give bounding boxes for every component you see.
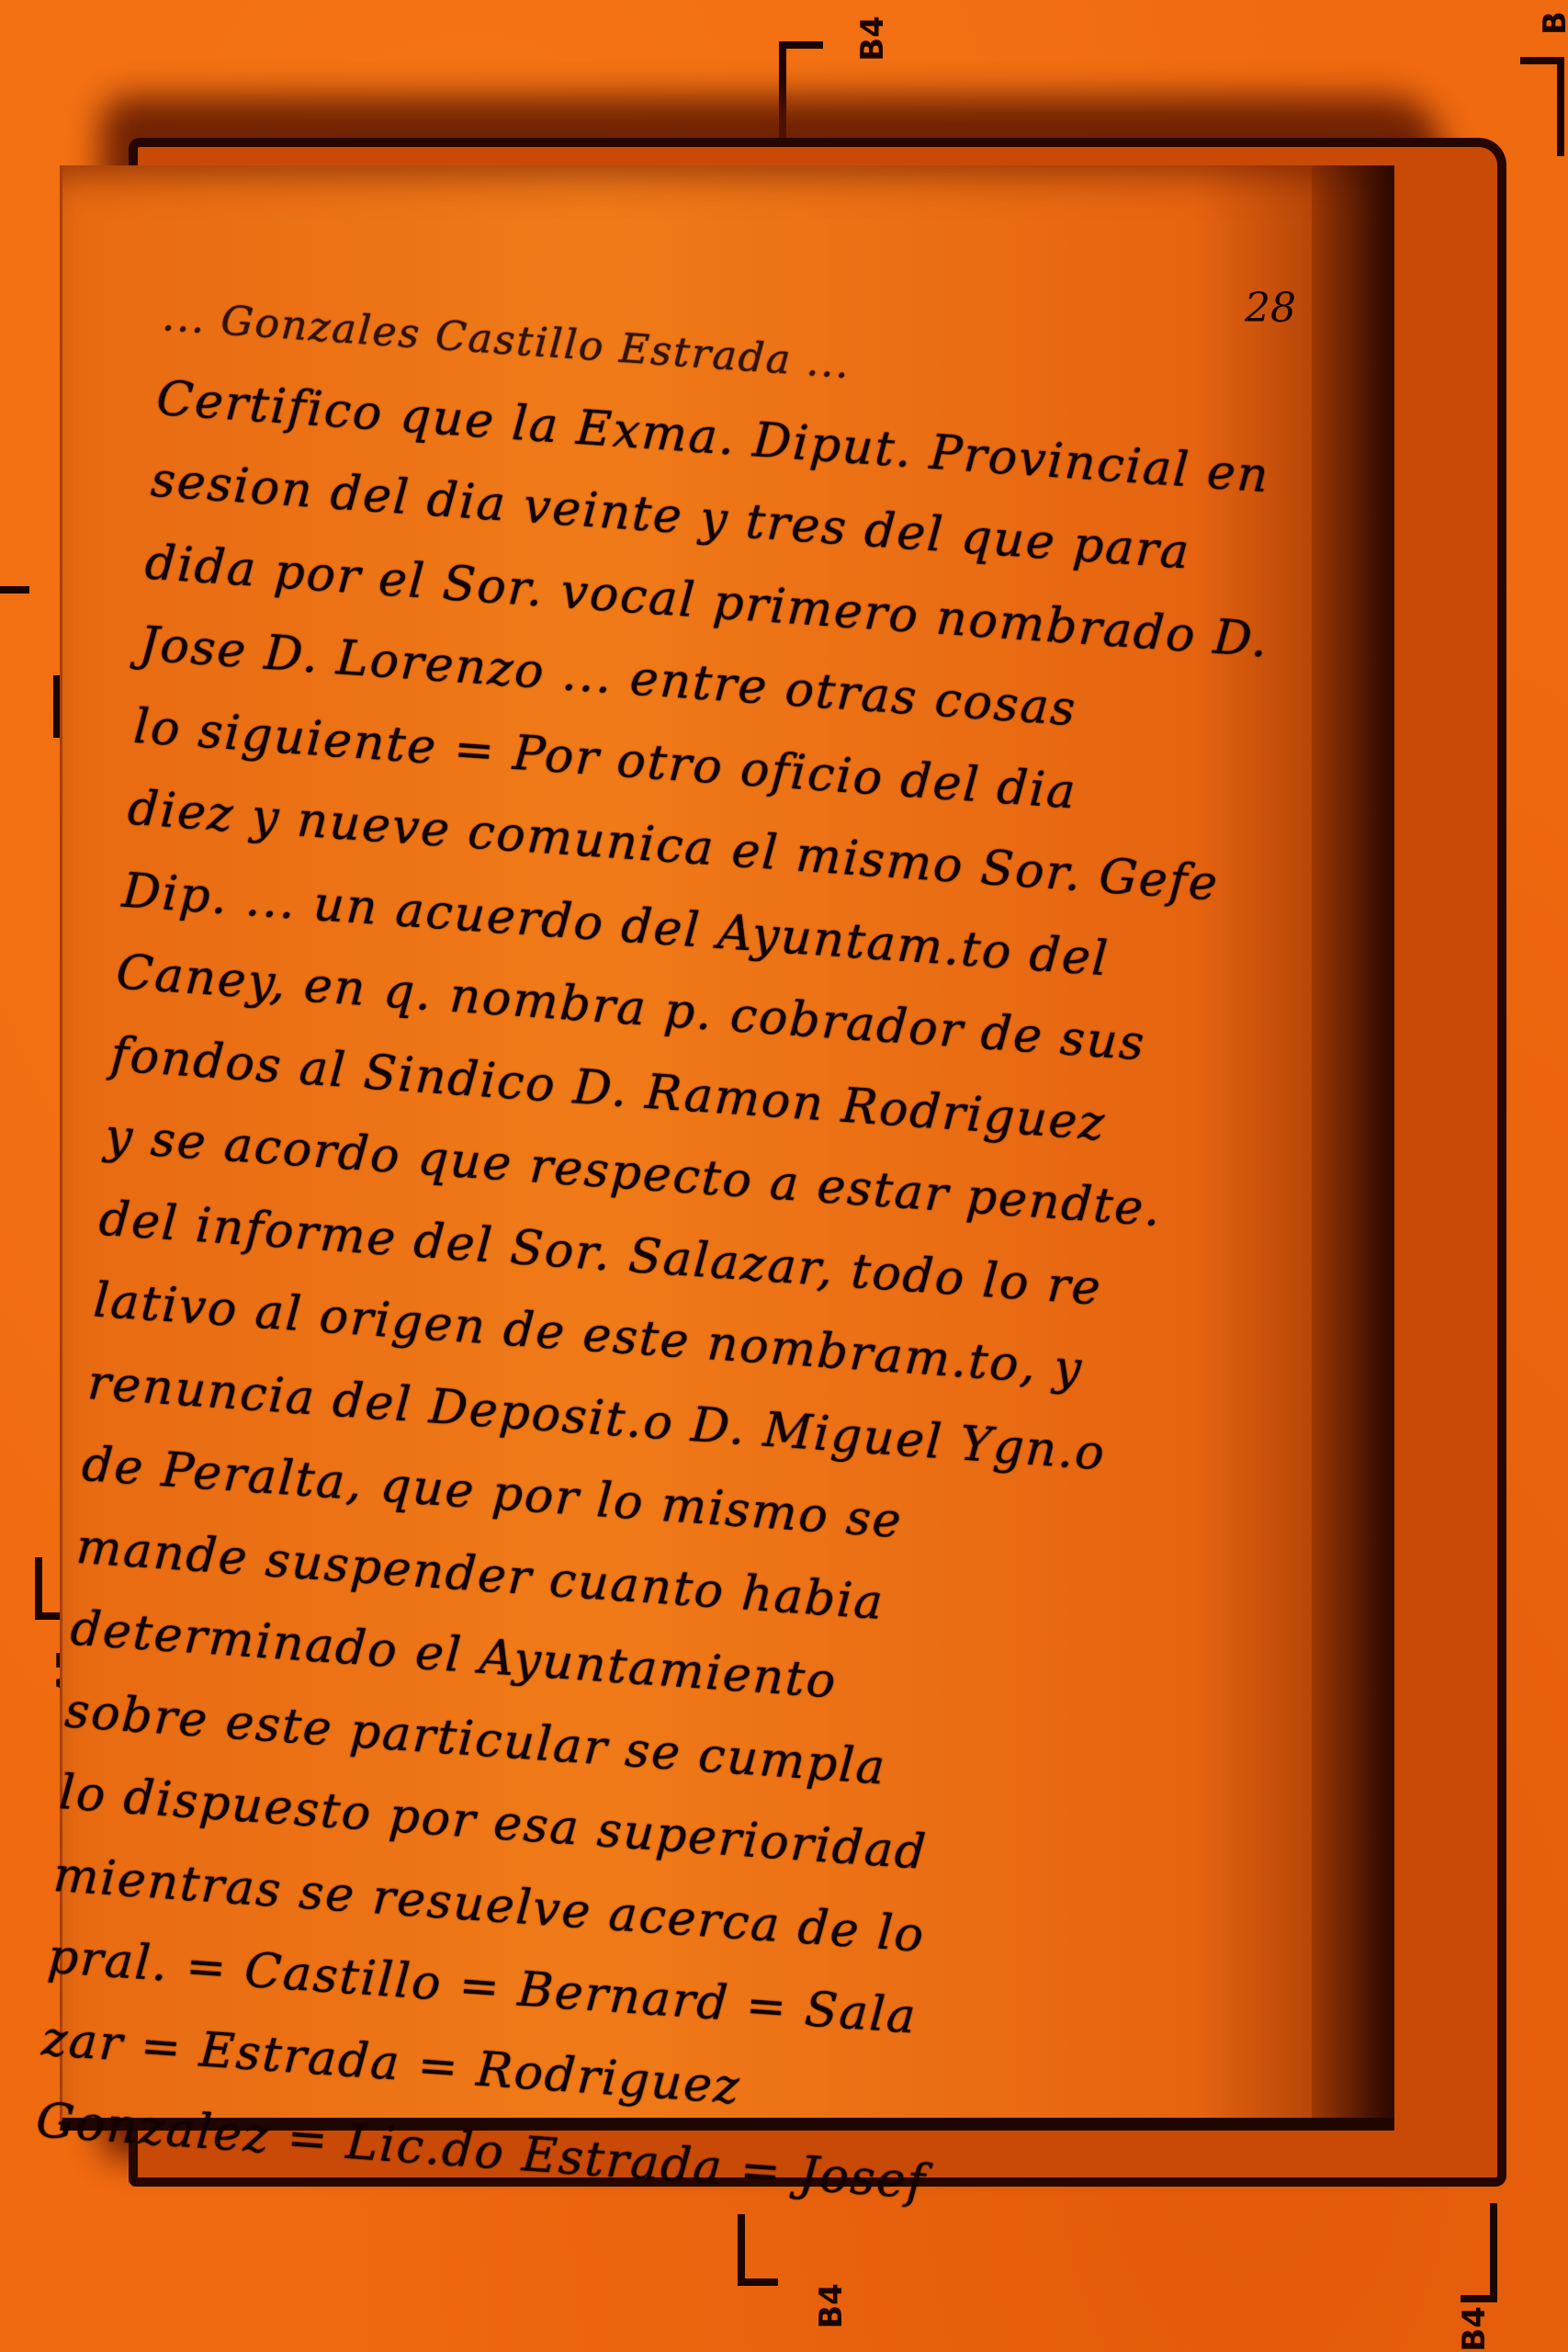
registration-bracket-bottom-right	[1461, 2203, 1497, 2302]
registration-bracket-bottom-left	[738, 2214, 778, 2286]
manuscript-text: ... Gonzales Castillo Estrada ... Certif…	[33, 276, 1337, 2245]
registration-bracket-left-upper	[0, 586, 29, 594]
marker-label-top-right: B	[1537, 11, 1568, 35]
page-number: 28	[1245, 285, 1296, 332]
registration-bracket-top-right	[1520, 57, 1564, 156]
marker-label-bottom-left: B4	[813, 2283, 850, 2329]
marker-label-top-left: B4	[854, 16, 891, 62]
marker-label-bottom-right: B4	[1456, 2306, 1493, 2352]
